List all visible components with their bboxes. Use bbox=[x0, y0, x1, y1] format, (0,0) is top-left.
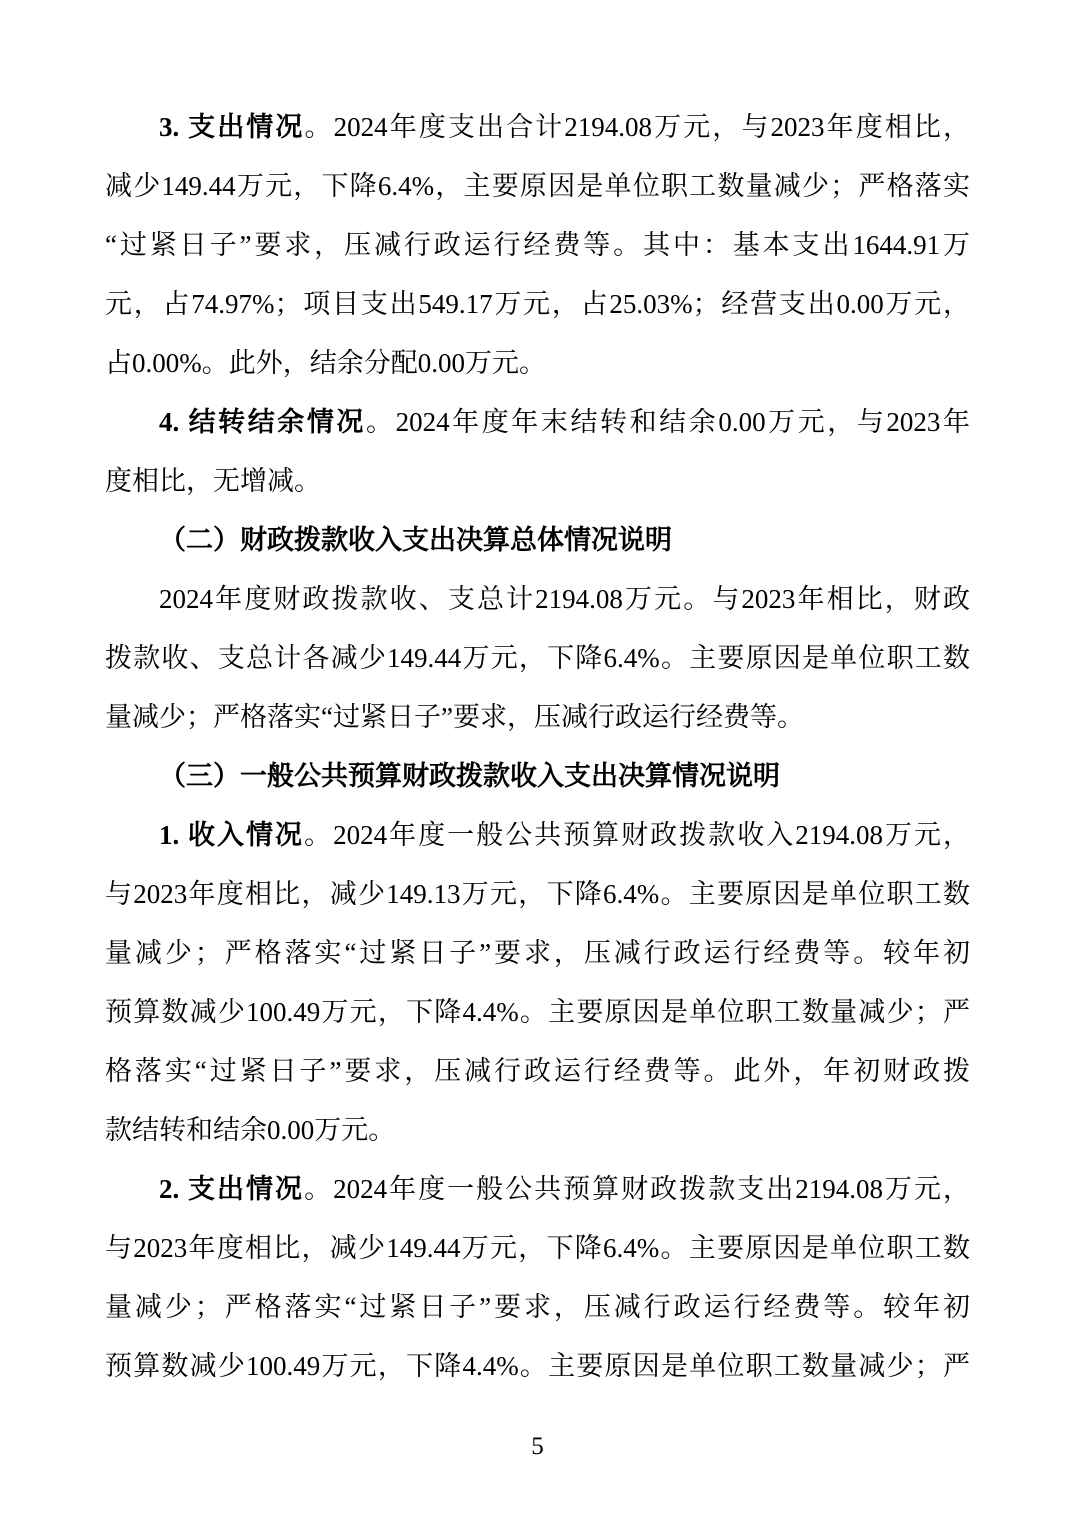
paragraph: 2. 支出情况。2024年度一般公共预算财政拨款支出2194.08万元，与202… bbox=[105, 1160, 970, 1396]
text-line: 元，占74.97%；项目支出549.17万元，占25.03%；经营支出0.00万… bbox=[105, 275, 970, 334]
text-line: 预算数减少100.49万元，下降4.4%。主要原因是单位职工数量减少；严 bbox=[105, 983, 970, 1042]
text-line: 3. 支出情况。2024年度支出合计2194.08万元，与2023年度相比， bbox=[105, 98, 970, 157]
text-line: 量减少；严格落实“过紧日子”要求，压减行政运行经费等。较年初 bbox=[105, 924, 970, 983]
paragraph: 4. 结转结余情况。2024年度年末结转和结余0.00万元，与2023年度相比，… bbox=[105, 393, 970, 511]
text-line: 4. 结转结余情况。2024年度年末结转和结余0.00万元，与2023年 bbox=[105, 393, 970, 452]
page-number: 5 bbox=[0, 1432, 1075, 1462]
text-line: 量减少；严格落实“过紧日子”要求，压减行政运行经费等。较年初 bbox=[105, 1278, 970, 1337]
heading-line: （三）一般公共预算财政拨款收入支出决算情况说明 bbox=[105, 747, 970, 806]
text-line: 格落实“过紧日子”要求，压减行政运行经费等。此外，年初财政拨 bbox=[105, 1042, 970, 1101]
bold-run: 2. 支出情况 bbox=[159, 1174, 304, 1204]
text-line: 2024年度财政拨款收、支总计2194.08万元。与2023年相比，财政 bbox=[105, 570, 970, 629]
section-heading: （二）财政拨款收入支出决算总体情况说明 bbox=[105, 511, 970, 570]
text-line: 与2023年度相比，减少149.13万元，下降6.4%。主要原因是单位职工数 bbox=[105, 865, 970, 924]
text-line: 2. 支出情况。2024年度一般公共预算财政拨款支出2194.08万元， bbox=[105, 1160, 970, 1219]
text-line: 度相比，无增减。 bbox=[105, 452, 970, 511]
text-line: 与2023年度相比，减少149.44万元，下降6.4%。主要原因是单位职工数 bbox=[105, 1219, 970, 1278]
text-line: 量减少；严格落实“过紧日子”要求，压减行政运行经费等。 bbox=[105, 688, 970, 747]
document-page: 3. 支出情况。2024年度支出合计2194.08万元，与2023年度相比，减少… bbox=[0, 0, 1075, 1520]
text-line: 预算数减少100.49万元，下降4.4%。主要原因是单位职工数量减少；严 bbox=[105, 1337, 970, 1396]
section-heading: （三）一般公共预算财政拨款收入支出决算情况说明 bbox=[105, 747, 970, 806]
paragraph: 2024年度财政拨款收、支总计2194.08万元。与2023年相比，财政拨款收、… bbox=[105, 570, 970, 747]
bold-run: 1. 收入情况 bbox=[159, 820, 304, 850]
text-line: 款结转和结余0.00万元。 bbox=[105, 1101, 970, 1160]
text-line: 占0.00%。此外，结余分配0.00万元。 bbox=[105, 334, 970, 393]
bold-run: 3. 支出情况 bbox=[159, 112, 305, 142]
paragraph: 1. 收入情况。2024年度一般公共预算财政拨款收入2194.08万元，与202… bbox=[105, 806, 970, 1160]
heading-line: （二）财政拨款收入支出决算总体情况说明 bbox=[105, 511, 970, 570]
text-line: “过紧日子”要求，压减行政运行经费等。其中：基本支出1644.91万 bbox=[105, 216, 970, 275]
text-line: 拨款收、支总计各减少149.44万元，下降6.4%。主要原因是单位职工数 bbox=[105, 629, 970, 688]
text-line: 减少149.44万元，下降6.4%，主要原因是单位职工数量减少；严格落实 bbox=[105, 157, 970, 216]
paragraph: 3. 支出情况。2024年度支出合计2194.08万元，与2023年度相比，减少… bbox=[105, 98, 970, 393]
document-content: 3. 支出情况。2024年度支出合计2194.08万元，与2023年度相比，减少… bbox=[105, 98, 970, 1396]
bold-run: 4. 结转结余情况 bbox=[159, 407, 366, 437]
text-line: 1. 收入情况。2024年度一般公共预算财政拨款收入2194.08万元， bbox=[105, 806, 970, 865]
